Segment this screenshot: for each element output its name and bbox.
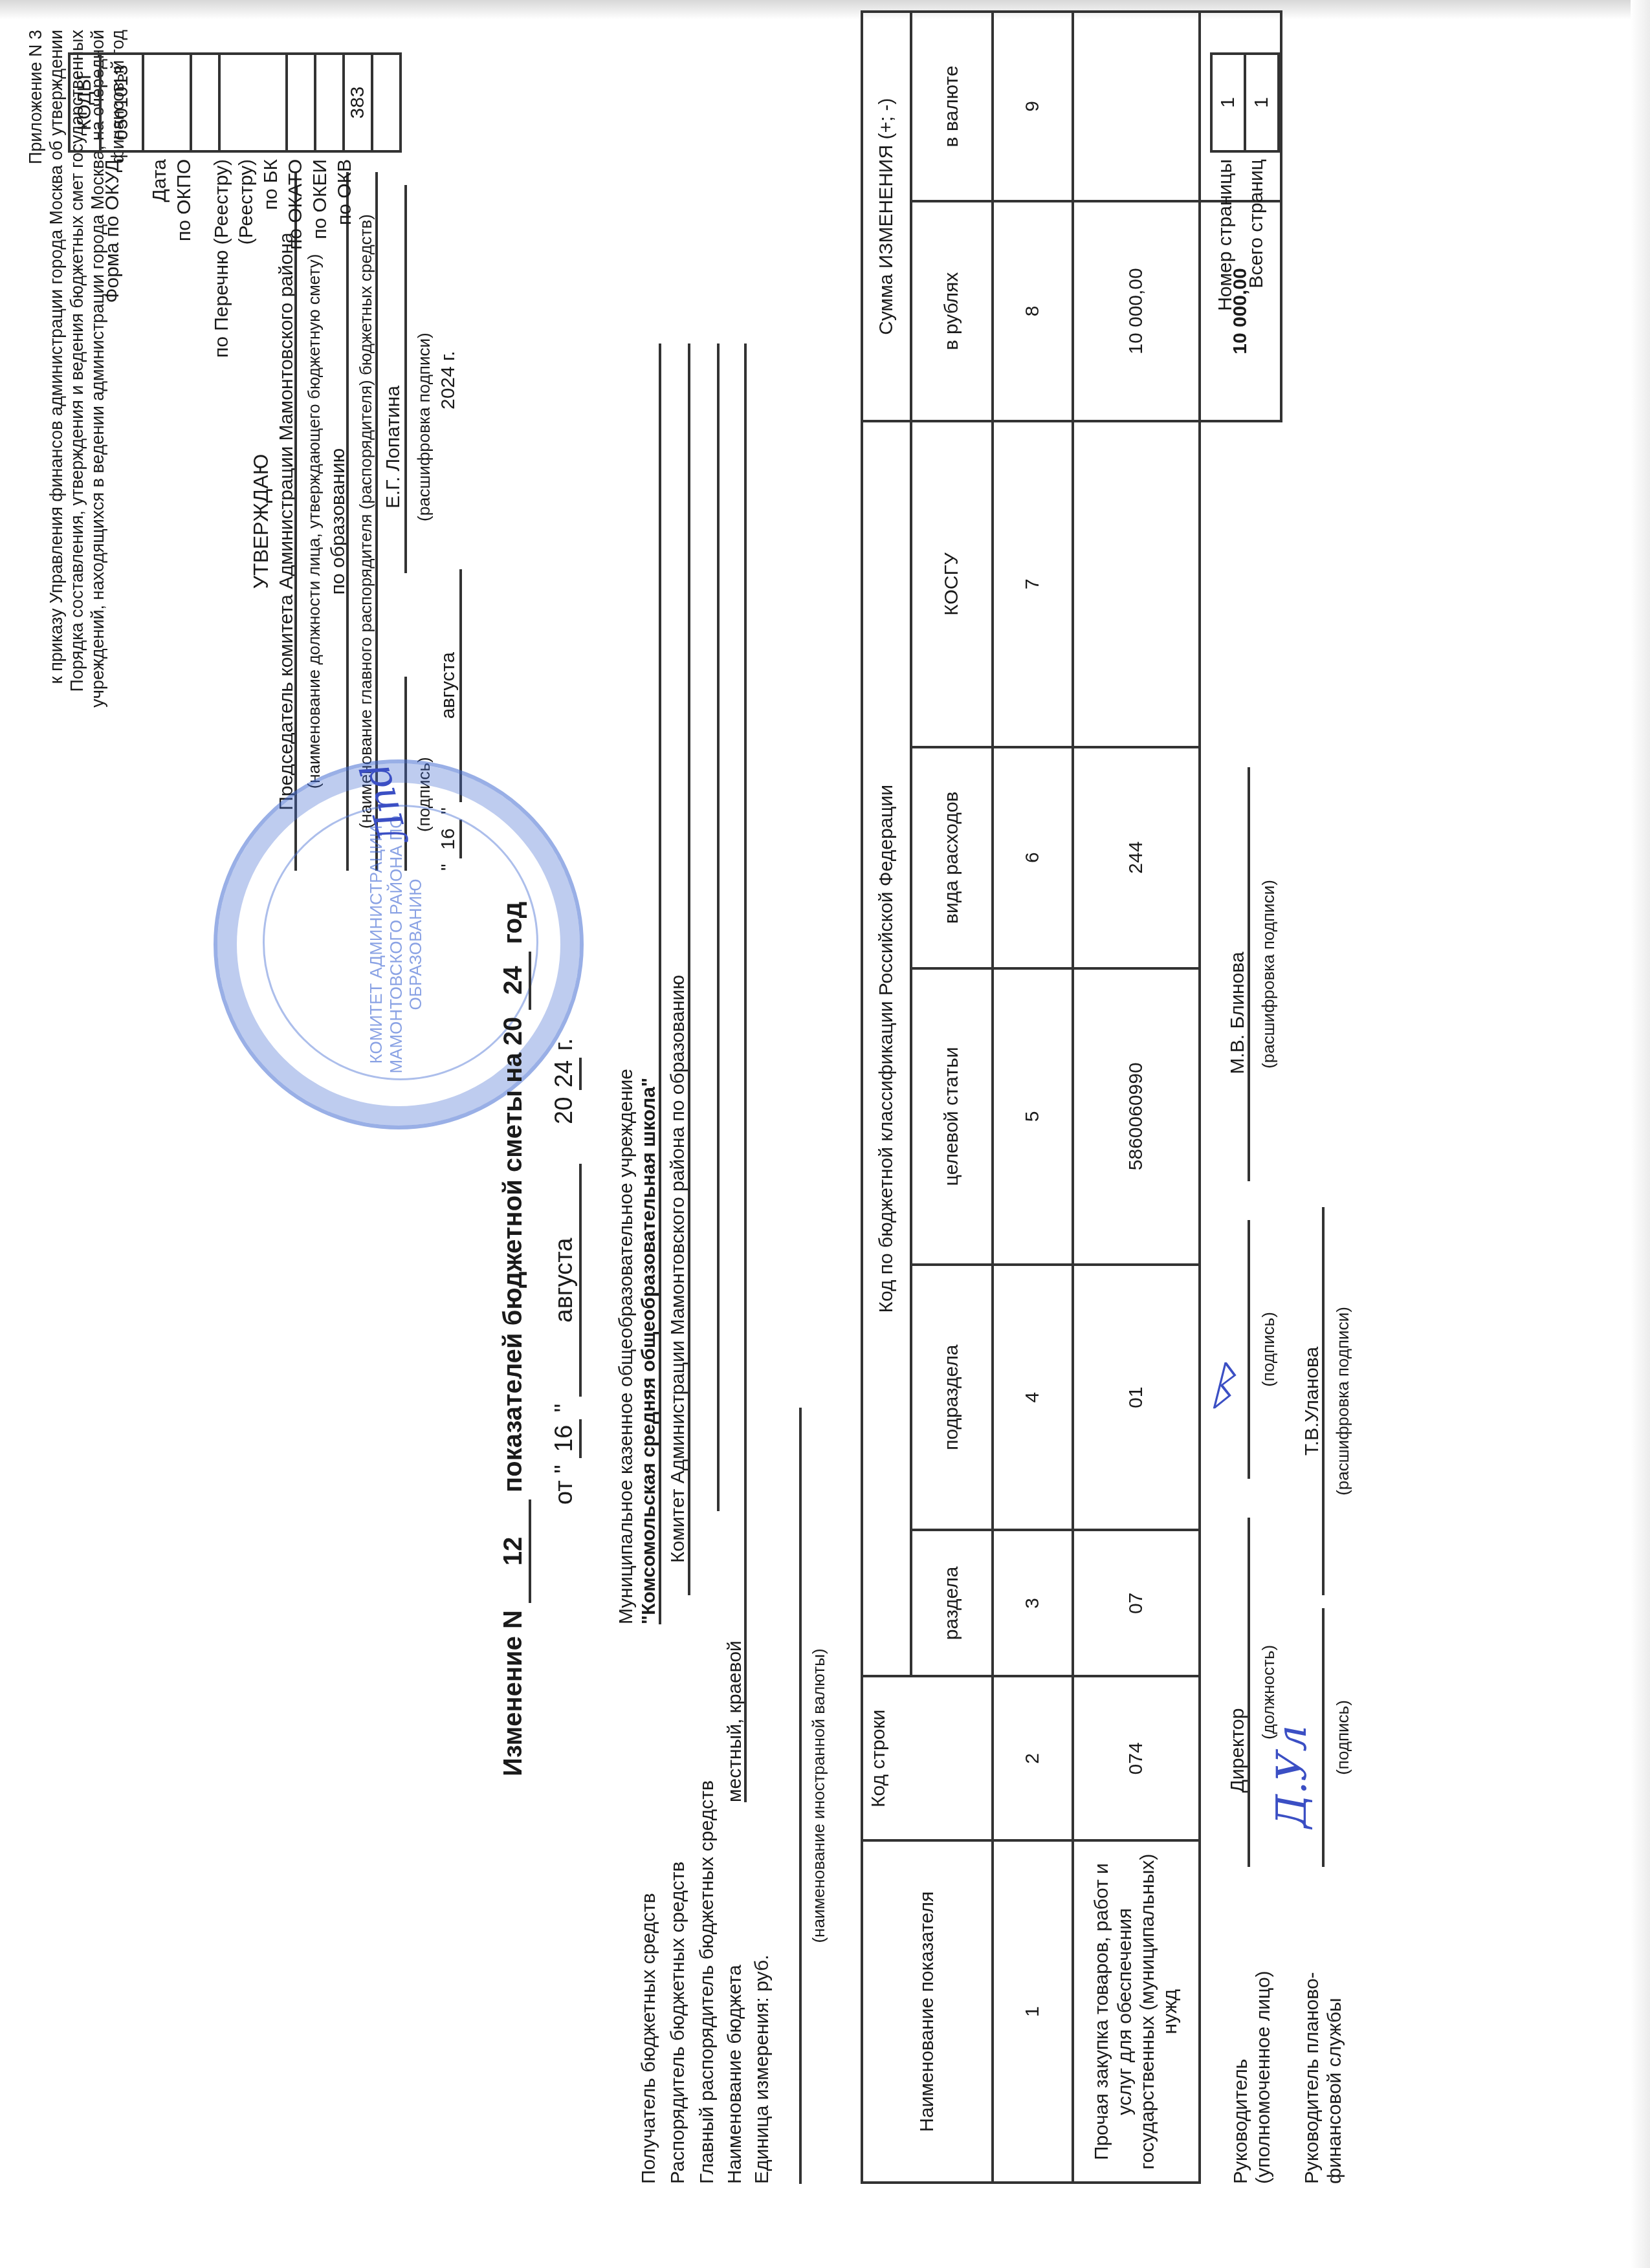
col-number: 3 bbox=[993, 1530, 1073, 1676]
col-number: 7 bbox=[993, 421, 1073, 747]
code-label-bk: по БК bbox=[259, 159, 283, 554]
col-number: 2 bbox=[993, 1676, 1073, 1840]
approval-year: 2024 г. bbox=[437, 351, 459, 409]
head-signature: ᛒ bbox=[1205, 1355, 1237, 1416]
code-date bbox=[143, 54, 191, 151]
header-subsection: подраздела bbox=[911, 1265, 993, 1530]
title-prefix: Изменение N bbox=[499, 1610, 527, 1776]
row-subsection: 01 bbox=[1073, 1265, 1200, 1530]
appendix-title: Приложение N 3 bbox=[26, 30, 47, 1039]
row-indicator-name: Прочая закупка товаров, работ и услуг дл… bbox=[1073, 1840, 1200, 2183]
unit-value: руб. bbox=[751, 1955, 773, 1992]
header-expense-type: вида расходов bbox=[911, 747, 993, 968]
row-section: 07 bbox=[1073, 1530, 1200, 1676]
col-number: 6 bbox=[993, 747, 1073, 968]
table-row: Прочая закупка товаров, работ и услуг дл… bbox=[1073, 12, 1200, 2183]
budget-label: Наименование бюджета bbox=[723, 1965, 746, 2184]
document-title: Изменение N 12 показателей бюджетной сме… bbox=[498, 902, 531, 1776]
fin-decode-caption: (расшифровка подписи) bbox=[1333, 1207, 1353, 1595]
fin-signature-caption: (подпись) bbox=[1333, 1608, 1353, 1867]
unit-label-text: Единица измерения: bbox=[751, 1997, 773, 2184]
document-year: 24 bbox=[550, 1058, 582, 1090]
head-label: Руководитель (уполномоченное лицо) bbox=[1229, 1925, 1275, 2184]
fin-label-line2: финансовой службы bbox=[1323, 1925, 1346, 2184]
chief-manager-label: Главный распорядитель бюджетных средств bbox=[696, 1780, 718, 2184]
row-kosgu bbox=[1073, 421, 1200, 747]
code-label-date: Дата bbox=[148, 159, 172, 554]
page-number-label: Номер страницы bbox=[1210, 159, 1241, 392]
appendix-line: Порядка составления, утверждения и веден… bbox=[67, 30, 88, 1039]
title-year: 24 bbox=[498, 952, 531, 1010]
fin-head-name: Т.В.Уланова bbox=[1301, 1207, 1323, 1595]
approver-name: Е.Г. Лопатина bbox=[382, 185, 404, 508]
codes-header: КОДЫ bbox=[69, 54, 100, 151]
code-okv bbox=[372, 54, 401, 151]
col-number: 4 bbox=[993, 1265, 1073, 1530]
row-currency bbox=[1073, 12, 1200, 201]
code-label-okei: по ОКЕИ bbox=[308, 159, 333, 554]
recipient-type: Муниципальное казенное общеобразовательн… bbox=[615, 1069, 637, 1624]
codes-table: КОДЫ 0501013 383 bbox=[68, 52, 402, 153]
col-number: 5 bbox=[993, 968, 1073, 1265]
document-day: 16 bbox=[550, 1419, 582, 1458]
total-pages-label: Всего страниц bbox=[1241, 159, 1272, 392]
manager-label: Распорядитель бюджетных средств bbox=[666, 1862, 689, 2184]
budget-change-form: Приложение N 3 к приказу Управления фина… bbox=[0, 0, 1650, 2268]
date-year-prefix: 20 bbox=[551, 1097, 578, 1124]
code-label-okpo: по ОКПО bbox=[172, 159, 197, 554]
row-code: 074 bbox=[1073, 1676, 1200, 1840]
recipient-label: Получатель бюджетных средств bbox=[637, 1893, 660, 2184]
date-quote: " bbox=[551, 1404, 578, 1413]
header-bk-group: Код по бюджетной классификации Российско… bbox=[862, 421, 911, 1676]
appendix-line: к приказу Управления финансов администра… bbox=[47, 30, 67, 1039]
document-date: от " 16 " августа 20 24 г. bbox=[550, 1038, 582, 1505]
head-signature-caption: (подпись) bbox=[1259, 1220, 1279, 1479]
code-label-okud: Форма по ОКУД bbox=[97, 159, 128, 554]
code-label-perechen: по Перечню (Реестру) bbox=[210, 159, 234, 554]
date-from: от " bbox=[551, 1465, 578, 1505]
header-kosgu: КОСГУ bbox=[911, 421, 993, 747]
code-label-okato: по ОКАТО bbox=[283, 159, 308, 554]
date-year-suffix: г. bbox=[551, 1038, 578, 1051]
code-bk bbox=[287, 54, 315, 151]
header-rub: в рублях bbox=[911, 201, 993, 421]
currency-caption: (наименование иностранной валюты) bbox=[809, 1408, 829, 2184]
header-currency: в валюте bbox=[911, 12, 993, 201]
page-labels: Номер страницы Всего страниц bbox=[1210, 159, 1272, 392]
head-decode-caption: (расшифровка подписи) bbox=[1259, 767, 1279, 1181]
head-position: Директор bbox=[1226, 1634, 1249, 1867]
code-label-okv: по ОКВ bbox=[333, 159, 357, 554]
head-label-line1: Руководитель bbox=[1229, 1925, 1252, 2184]
row-target: 5860060990 bbox=[1073, 968, 1200, 1265]
codes-labels: Форма по ОКУД Дата по ОКПО по Перечню (Р… bbox=[97, 159, 357, 554]
budget-value: местный, краевой bbox=[723, 1641, 746, 1802]
recipient-name: "Комсомольская средняя общеобразовательн… bbox=[637, 1078, 660, 1624]
fin-head-label: Руководитель планово- финансовой службы bbox=[1301, 1925, 1347, 2184]
title-suffix: год bbox=[499, 902, 527, 944]
document-month: августа bbox=[550, 1164, 582, 1397]
fin-signature: Д.Ул bbox=[1268, 1725, 1317, 1828]
row-rub: 10 000,00 bbox=[1073, 201, 1200, 421]
header-section: раздела bbox=[911, 1530, 993, 1676]
manager-value: Комитет Администрации Мамонтовского райо… bbox=[666, 975, 689, 1563]
fin-label-line1: Руководитель планово- bbox=[1301, 1925, 1323, 2184]
code-perechen bbox=[219, 54, 287, 151]
approver-decode-caption: (расшифровка подписи) bbox=[414, 333, 434, 521]
col-number: 8 bbox=[993, 201, 1073, 421]
col-number: 1 bbox=[993, 1840, 1073, 2183]
unit-label: Единица измерения: руб. bbox=[751, 1955, 773, 2184]
header-row-code: Код строки bbox=[862, 1676, 993, 1840]
code-okei: 383 bbox=[344, 54, 372, 151]
header-sum-group: Сумма ИЗМЕНЕНИЯ (+; -) bbox=[862, 12, 911, 421]
code-okato bbox=[315, 54, 344, 151]
head-name: М.В. Блинова bbox=[1226, 845, 1249, 1181]
row-expense-type: 244 bbox=[1073, 747, 1200, 968]
head-label-line2: (уполномоченное лицо) bbox=[1252, 1925, 1275, 2184]
pages-table: 1 1 bbox=[1210, 52, 1280, 153]
header-target: целевой статьи bbox=[911, 968, 993, 1265]
change-number: 12 bbox=[498, 1499, 531, 1603]
code-okpo bbox=[191, 54, 219, 151]
total-pages: 1 bbox=[1245, 54, 1279, 151]
title-text: показателей бюджетной сметы на 20 bbox=[499, 1017, 527, 1492]
header-indicator-name: Наименование показателя bbox=[862, 1840, 993, 2183]
page-number: 1 bbox=[1211, 54, 1245, 151]
code-label-reestr: (Реестру) bbox=[234, 159, 259, 554]
col-number: 9 bbox=[993, 12, 1073, 201]
code-okud: 0501013 bbox=[100, 54, 143, 151]
